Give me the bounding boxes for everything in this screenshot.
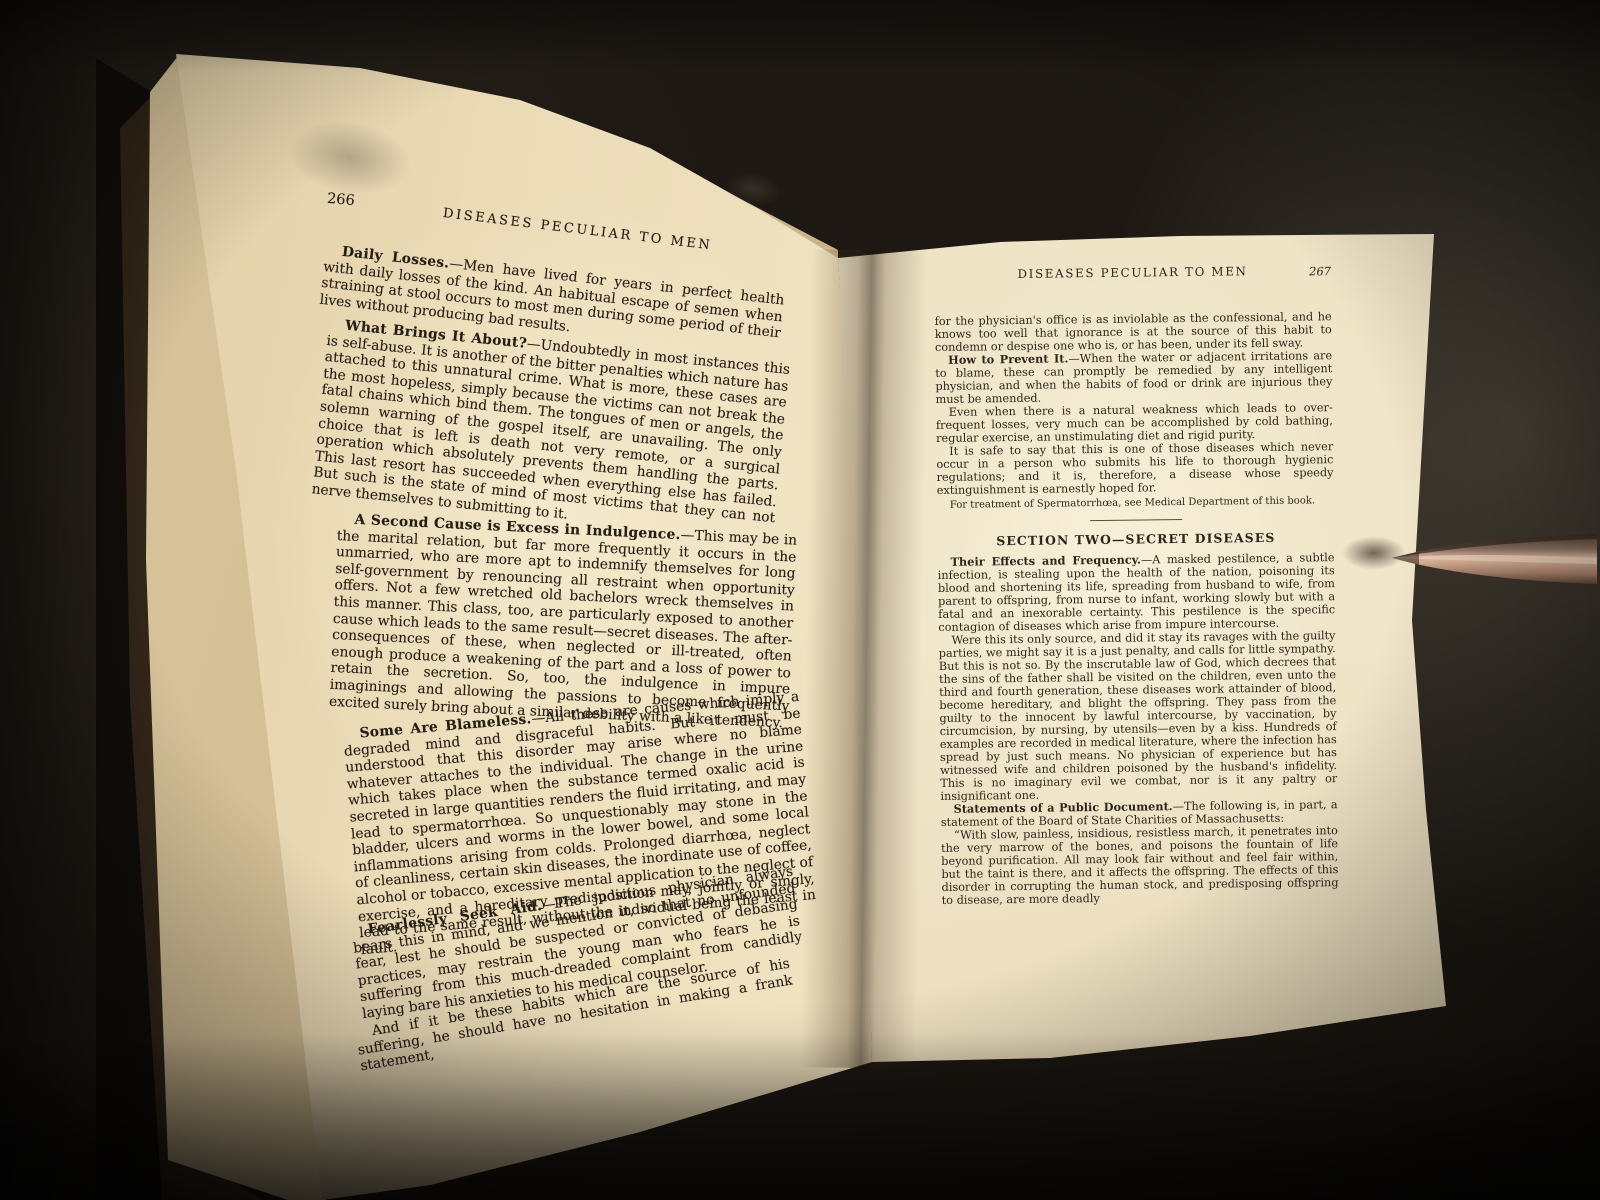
paragraph-body: It is safe to say that this is one of th… bbox=[936, 440, 1333, 497]
metal-pointer-blade bbox=[1389, 528, 1600, 588]
paragraph-lead: How to Prevent It. bbox=[948, 351, 1068, 366]
metal-page-pointer bbox=[1389, 528, 1600, 588]
running-head: DISEASES PECULIAR TO MEN bbox=[442, 206, 713, 253]
paragraph: Even when there is a natural weakness wh… bbox=[936, 401, 1333, 445]
footnote: For treatment of Spermatorrhœa, see Medi… bbox=[937, 495, 1334, 511]
paragraph: Were this its only source, and did it st… bbox=[938, 629, 1337, 803]
page-number: 266 bbox=[326, 191, 355, 209]
paragraph: It is safe to say that this is one of th… bbox=[936, 440, 1334, 497]
paragraph: “With slow, painless, insidious, resistl… bbox=[941, 824, 1339, 907]
right-page-content: DISEASES PECULIAR TO MEN 267 for the phy… bbox=[934, 263, 1339, 906]
paragraph-body: Even when there is a natural weakness wh… bbox=[936, 401, 1333, 445]
paragraph-body: “With slow, painless, insidious, resistl… bbox=[941, 824, 1339, 907]
left-page-content: 266 DISEASES PECULIAR TO MEN Daily Losse… bbox=[0, 0, 1600, 1200]
paragraph-body: Were this its only source, and did it st… bbox=[939, 629, 1338, 803]
paragraph-body: —Undoubtedly in most instances this is s… bbox=[311, 333, 791, 527]
paragraph-body: for the physician's office is as inviola… bbox=[935, 310, 1332, 354]
section-divider bbox=[1090, 519, 1182, 521]
photo-backdrop: 266 DISEASES PECULIAR TO MEN Daily Losse… bbox=[0, 0, 1600, 1200]
paragraph: Their Effects and Frequency.—A masked pe… bbox=[938, 551, 1336, 634]
paragraph: How to Prevent It.—When the water or adj… bbox=[935, 349, 1333, 406]
page-number: 267 bbox=[1309, 264, 1331, 278]
section-heading: SECTION TWO—SECRET DISEASES bbox=[937, 529, 1334, 549]
paragraph: for the physician's office is as inviola… bbox=[935, 310, 1332, 354]
